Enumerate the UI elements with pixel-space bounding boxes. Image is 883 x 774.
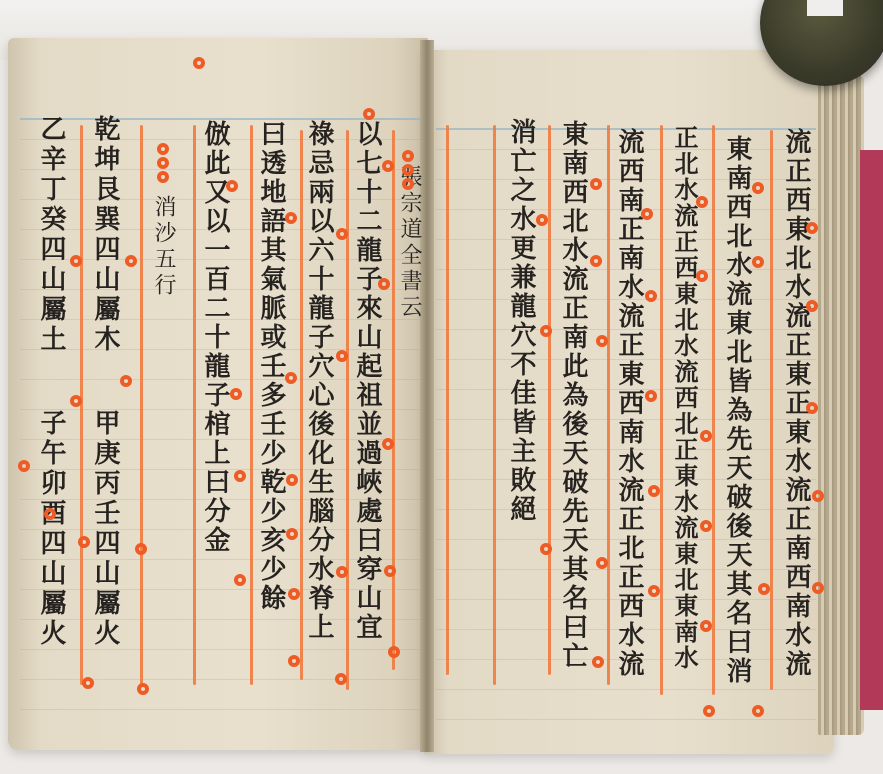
- punctuation-circle: [70, 395, 82, 407]
- punctuation-circle: [648, 585, 660, 597]
- punctuation-circle: [336, 566, 348, 578]
- punctuation-circle: [592, 656, 604, 668]
- punctuation-circle: [234, 574, 246, 586]
- page-edges: [818, 75, 864, 735]
- text-column: 正北水流正西東北水流西北正東水流東北東南水: [672, 125, 696, 671]
- punctuation-circle: [286, 528, 298, 540]
- punctuation-circle: [285, 372, 297, 384]
- punctuation-circle: [120, 375, 132, 387]
- triple-circle-mark: [402, 150, 414, 162]
- column-rule: [193, 125, 196, 685]
- punctuation-circle: [700, 430, 712, 442]
- punctuation-circle: [758, 583, 770, 595]
- punctuation-circle: [388, 646, 400, 658]
- text-column: 倣此又以一百二十龍子棺上曰分金: [202, 120, 228, 555]
- coin-square-hole: [807, 0, 843, 16]
- punctuation-circle: [137, 683, 149, 695]
- punctuation-circle: [336, 228, 348, 240]
- punctuation-circle: [812, 582, 824, 594]
- punctuation-circle: [752, 256, 764, 268]
- section-heading: 消沙五行: [152, 195, 174, 299]
- punctuation-circle: [703, 705, 715, 717]
- punctuation-circle: [335, 673, 347, 685]
- manuscript-book: 流正西東北水流正東正東水流正南西南水流 東南西北水流東北皆為先天破後天其名曰消 …: [0, 0, 883, 774]
- text-column: 消亡之水更兼龍穴不佳皆主敗絕: [508, 118, 534, 524]
- punctuation-circle: [230, 388, 242, 400]
- punctuation-circle: [226, 180, 238, 192]
- punctuation-circle: [536, 214, 548, 226]
- triple-circle-mark: [157, 171, 169, 183]
- text-column: 祿忌兩以六十龍子穴心後化生腦分水脊上: [306, 120, 332, 642]
- punctuation-circle: [696, 270, 708, 282]
- column-rule: [548, 125, 551, 675]
- triple-circle-mark: [402, 164, 414, 176]
- punctuation-circle: [648, 485, 660, 497]
- punctuation-circle: [82, 677, 94, 689]
- text-column: 流正西東北水流正東正東水流正南西南水流: [783, 128, 809, 679]
- text-column: 乾坤艮巽四山屬木 甲庚丙壬四山屬火: [92, 115, 118, 649]
- punctuation-circle: [696, 196, 708, 208]
- column-rule: [392, 130, 395, 670]
- column-rule: [712, 125, 715, 695]
- column-rule: [770, 130, 773, 690]
- punctuation-circle: [125, 255, 137, 267]
- book-gutter: [420, 40, 434, 752]
- punctuation-circle: [286, 474, 298, 486]
- column-rule: [300, 130, 303, 680]
- column-rule: [346, 130, 349, 690]
- punctuation-circle: [540, 325, 552, 337]
- punctuation-circle: [288, 588, 300, 600]
- punctuation-circle: [378, 278, 390, 290]
- punctuation-circle: [596, 335, 608, 347]
- punctuation-circle: [752, 705, 764, 717]
- punctuation-circle: [18, 460, 30, 472]
- punctuation-circle: [363, 108, 375, 120]
- punctuation-circle: [384, 565, 396, 577]
- punctuation-circle: [641, 208, 653, 220]
- text-column: 東南西北水流正南此為後天破先天其名曰亡: [560, 120, 586, 671]
- triple-circle-mark: [157, 143, 169, 155]
- punctuation-circle: [234, 470, 246, 482]
- triple-circle-mark: [157, 157, 169, 169]
- column-rule: [140, 125, 143, 685]
- punctuation-circle: [700, 620, 712, 632]
- punctuation-circle: [596, 557, 608, 569]
- punctuation-circle: [78, 536, 90, 548]
- punctuation-circle: [806, 300, 818, 312]
- column-rule: [446, 125, 449, 675]
- punctuation-circle: [135, 543, 147, 555]
- punctuation-circle: [700, 520, 712, 532]
- punctuation-circle: [193, 57, 205, 69]
- column-rule: [250, 125, 253, 685]
- punctuation-circle: [812, 490, 824, 502]
- punctuation-circle: [382, 160, 394, 172]
- punctuation-circle: [382, 438, 394, 450]
- punctuation-circle: [70, 255, 82, 267]
- punctuation-circle: [806, 222, 818, 234]
- column-rule: [493, 125, 496, 685]
- column-rule: [660, 125, 663, 695]
- triple-circle-mark: [402, 178, 414, 190]
- punctuation-circle: [44, 508, 56, 520]
- punctuation-circle: [645, 290, 657, 302]
- text-column: 以七十二龍子來山起祖並過峽處曰穿山宜: [354, 120, 380, 642]
- punctuation-circle: [285, 212, 297, 224]
- column-rule: [607, 125, 610, 685]
- punctuation-circle: [590, 178, 602, 190]
- red-cloth: [860, 150, 883, 710]
- punctuation-circle: [806, 402, 818, 414]
- punctuation-circle: [752, 182, 764, 194]
- punctuation-circle: [590, 255, 602, 267]
- punctuation-circle: [288, 655, 300, 667]
- text-column: 流西南正南水流正東西南水流正北正西水流: [616, 128, 642, 679]
- text-column: 東南西北水流東北皆為先天破後天其名曰消: [724, 135, 750, 686]
- punctuation-circle: [645, 390, 657, 402]
- punctuation-circle: [540, 543, 552, 555]
- text-column: 乙辛丁癸四山屬土 子午卯酉四山屬火: [38, 115, 64, 649]
- text-column: 曰透地語其氣脈或壬多壬少乾少亥少餘: [258, 120, 284, 613]
- punctuation-circle: [336, 350, 348, 362]
